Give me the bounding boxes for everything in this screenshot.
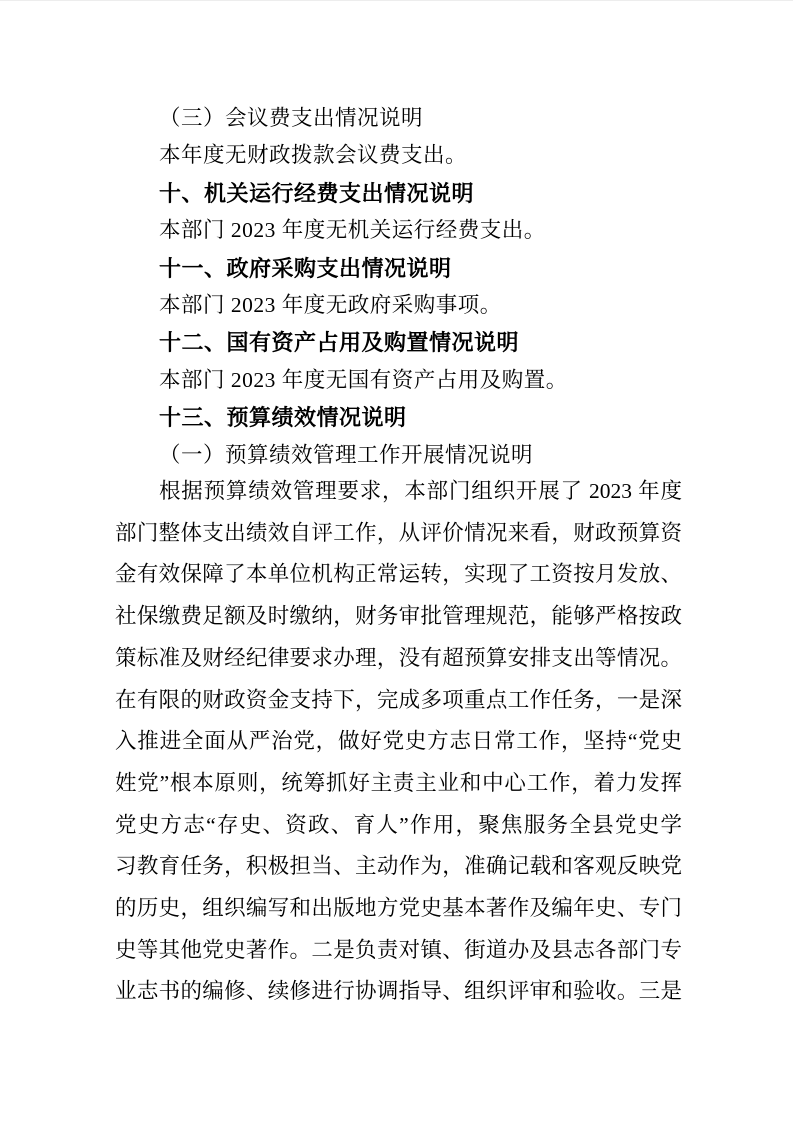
document-page: （三）会议费支出情况说明 本年度无财政拨款会议费支出。 十、机关运行经费支出情况…	[0, 0, 793, 1122]
paragraph-line: 社保缴费足额及时缴纳，财务审批管理规范，能够严格按政	[115, 596, 682, 638]
paragraph-line: 史等其他党史著作。二是负责对镇、街道办及县志各部门专	[115, 930, 682, 972]
section-heading: 十三、预算绩效情况说明	[115, 399, 682, 436]
paragraph-text: 本部门 2023 年度无国有资产占用及购置。	[115, 362, 682, 399]
section-heading: 十一、政府采购支出情况说明	[115, 250, 682, 287]
paragraph-line: 在有限的财政资金支持下，完成多项重点工作任务，一是深	[115, 680, 682, 722]
paragraph-line: 部门整体支出绩效自评工作，从评价情况来看，财政预算资	[115, 513, 682, 555]
paragraph-line: 入推进全面从严治党，做好党史方志日常工作，坚持“党史	[115, 721, 682, 763]
subsection-heading: （三）会议费支出情况说明	[115, 100, 682, 137]
paragraph-text: 本部门 2023 年度无机关运行经费支出。	[115, 212, 682, 249]
subsection-heading: （一）预算绩效管理工作开展情况说明	[115, 437, 682, 474]
performance-paragraph: 根据预算绩效管理要求，本部门组织开展了 2023 年度 部门整体支出绩效自评工作…	[115, 471, 682, 1013]
paragraph-line: 金有效保障了本单位机构正常运转，实现了工资按月发放、	[115, 554, 682, 596]
paragraph-line: 的历史，组织编写和出版地方党史基本著作及编年史、专门	[115, 888, 682, 930]
paragraph-line: 策标准及财经纪律要求办理，没有超预算安排支出等情况。	[115, 638, 682, 680]
upper-sections: （三）会议费支出情况说明 本年度无财政拨款会议费支出。 十、机关运行经费支出情况…	[115, 100, 682, 474]
paragraph-line: 姓党”根本原则，统筹抓好主责主业和中心工作，着力发挥	[115, 763, 682, 805]
paragraph-line: 党史方志“存史、资政、育人”作用，聚焦服务全县党史学	[115, 805, 682, 847]
section-heading: 十、机关运行经费支出情况说明	[115, 175, 682, 212]
page-top-edge	[0, 0, 793, 1]
paragraph-text: 本年度无财政拨款会议费支出。	[115, 137, 682, 174]
section-heading: 十二、国有资产占用及购置情况说明	[115, 324, 682, 361]
paragraph-line: 习教育任务，积极担当、主动作为，准确记载和客观反映党	[115, 846, 682, 888]
paragraph-line: 根据预算绩效管理要求，本部门组织开展了 2023 年度	[115, 471, 682, 513]
paragraph-line: 业志书的编修、续修进行协调指导、组织评审和验收。三是	[115, 971, 682, 1013]
paragraph-text: 本部门 2023 年度无政府采购事项。	[115, 287, 682, 324]
